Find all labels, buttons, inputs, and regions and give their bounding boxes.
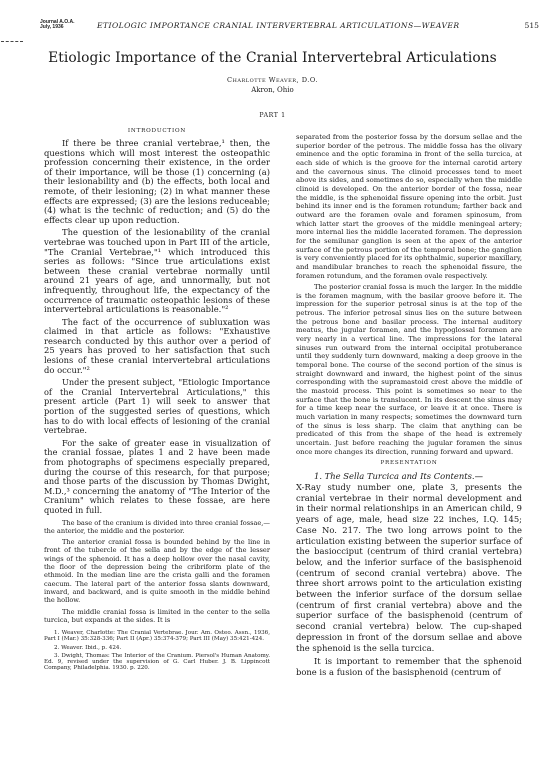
footnote: 1. Weaver, Charlotte: The Cranial Verteb… (44, 630, 270, 642)
section-heading-presentation: PRESENTATION (296, 459, 522, 468)
right-column: separated from the posterior fossa by th… (296, 133, 522, 681)
paragraph: The fact of the occurrence of subluxatio… (44, 318, 270, 376)
paragraph: Under the present subject, "Etiologic Im… (44, 378, 270, 436)
left-column: INTRODUCTION If there be three cranial v… (44, 125, 270, 673)
part-label: PART 1 (0, 112, 545, 119)
footnote: 3. Dwight, Thomas: The Interior of the C… (44, 653, 270, 672)
location: Akron, Ohio (0, 86, 545, 94)
paragraph: The base of the cranium is divided into … (44, 519, 270, 536)
paragraph: The posterior cranial fossa is much the … (296, 283, 522, 456)
paragraph: separated from the posterior fossa by th… (296, 133, 522, 280)
paragraph: The middle cranial fossa is limited in t… (44, 608, 270, 625)
subsection-title: 1. The Sella Turcica and Its Contents.— (296, 471, 522, 482)
margin-mark-icon (1, 41, 23, 43)
author: Charlotte Weaver, D.O. (0, 76, 545, 84)
paragraph: For the sake of greater ease in visualiz… (44, 439, 270, 516)
page-number: 515 (525, 21, 540, 30)
paragraph: It is important to remember that the sph… (296, 656, 522, 677)
running-title: ETIOLOGIC IMPORTANCE CRANIAL INTERVERTEB… (97, 21, 460, 30)
article-title: Etiologic Importance of the Cranial Inte… (0, 50, 545, 66)
running-head: Journal A.O.A. July, 1936 ETIOLOGIC IMPO… (40, 20, 540, 34)
footnote: 2. Weaver. Ibid., p. 424. (44, 645, 270, 651)
footnotes: 1. Weaver, Charlotte: The Cranial Verteb… (44, 630, 270, 671)
paragraph: X-Ray study number one, plate 3, present… (296, 482, 522, 653)
paragraph: The question of the lesionability of the… (44, 228, 270, 314)
journal-date: July, 1936 (40, 25, 75, 30)
section-heading-introduction: INTRODUCTION (44, 127, 270, 136)
paragraph: The anterior cranial fossa is bounded be… (44, 538, 270, 604)
subsection-title-text: 1. The Sella Turcica and Its Contents.— (314, 471, 483, 481)
journal-meta: Journal A.O.A. July, 1936 (40, 20, 75, 30)
paragraph: If there be three cranial vertebrae,¹ th… (44, 139, 270, 225)
